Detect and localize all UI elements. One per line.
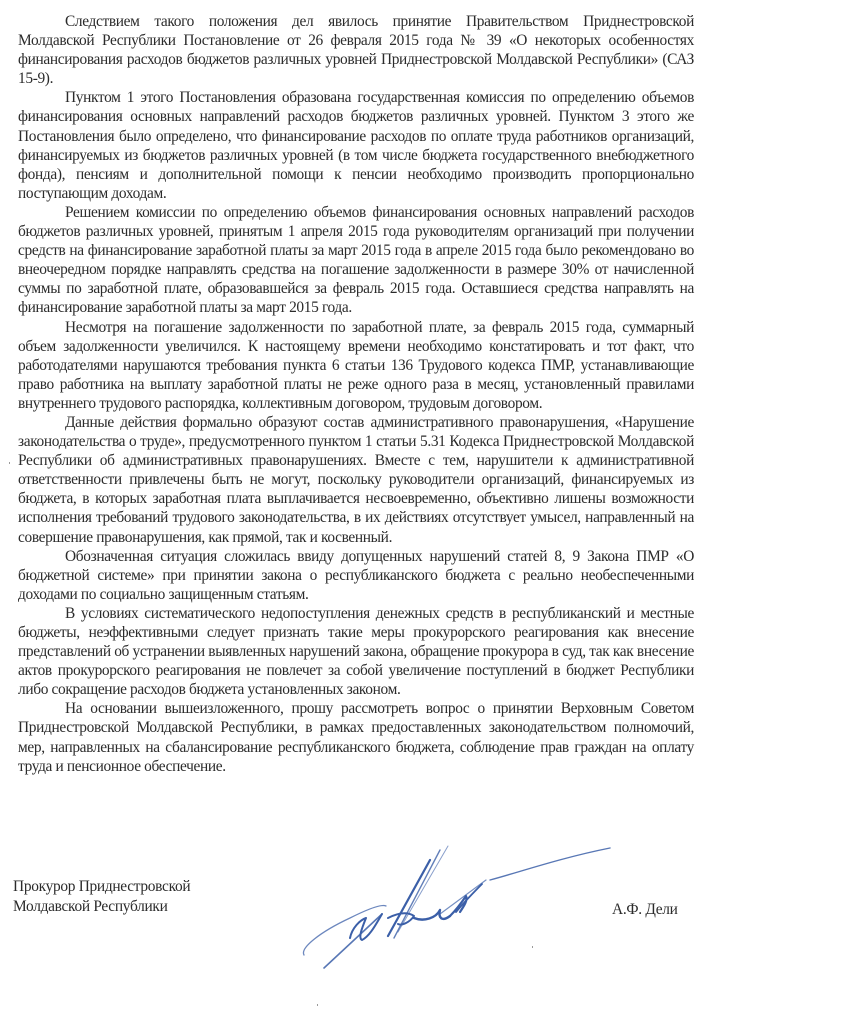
signatory-title-line-2: Молдавской Республики bbox=[13, 897, 190, 917]
paragraph-3: Решением комиссии по определению объемов… bbox=[18, 203, 694, 318]
document-body: Следствием такого положения дел явилось … bbox=[18, 12, 694, 776]
paragraph-6: Обозначенная ситуация сложилась ввиду до… bbox=[18, 547, 694, 604]
document-page: Следствием такого положения дел явилось … bbox=[0, 0, 864, 1034]
paragraph-8: На основании вышеизложенного, прошу расс… bbox=[18, 699, 694, 775]
signatory-title-line-1: Прокурор Приднестровской bbox=[13, 877, 190, 897]
signatory-name: А.Ф. Дели bbox=[612, 900, 678, 919]
paragraph-2: Пунктом 1 этого Постановления образована… bbox=[18, 88, 694, 203]
paragraph-5: Данные действия формально образуют соста… bbox=[18, 413, 694, 547]
paragraph-7: В условиях систематического недопоступле… bbox=[18, 604, 694, 699]
scan-speck bbox=[317, 1004, 318, 1006]
signatory-title: Прокурор Приднестровской Молдавской Респ… bbox=[13, 877, 190, 916]
paragraph-1: Следствием такого положения дел явилось … bbox=[18, 12, 694, 88]
scan-speck bbox=[532, 946, 533, 948]
paragraph-4: Несмотря на погашение задолженности по з… bbox=[18, 318, 694, 413]
scan-speck bbox=[9, 462, 10, 464]
handwritten-signature-icon bbox=[290, 840, 620, 980]
